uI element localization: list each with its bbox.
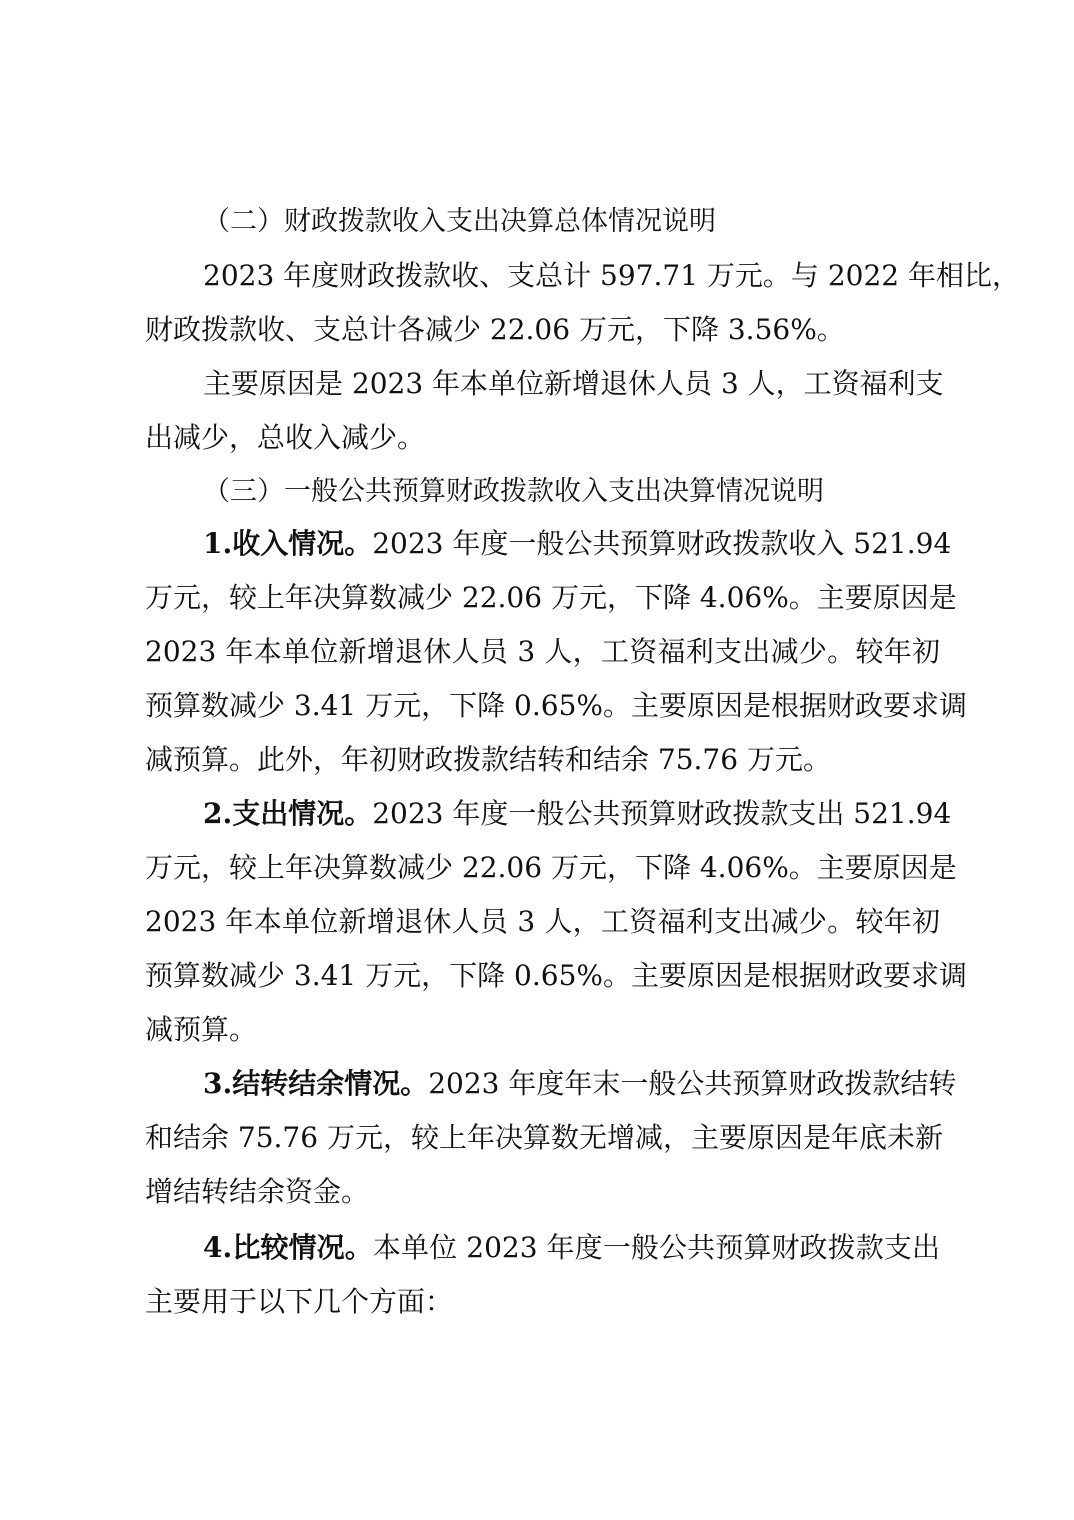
item-label: 3.结转结余情况。	[203, 1067, 428, 1100]
item-carryover-line: 3.结转结余情况。2023 年度年末一般公共预算财政拨款结转	[203, 1066, 940, 1102]
section-heading-2: （二）财政拨款收入支出决算总体情况说明	[203, 204, 716, 240]
paragraph-line: 主要用于以下几个方面：	[145, 1284, 453, 1320]
paragraph-line: 2023 年度财政拨款收、支总计 597.71 万元。与 2022 年相比，	[203, 258, 940, 294]
paragraph-line: 万元，较上年决算数减少 22.06 万元，下降 4.06%。主要原因是	[145, 580, 940, 616]
paragraph-line: 减预算。	[145, 1012, 257, 1048]
paragraph-line: 出减少，总收入减少。	[145, 420, 425, 456]
item-income-line: 1.收入情况。2023 年度一般公共预算财政拨款收入 521.94	[203, 526, 940, 562]
paragraph-line: 万元，较上年决算数减少 22.06 万元，下降 4.06%。主要原因是	[145, 850, 940, 886]
paragraph-line: 增结转结余资金。	[145, 1174, 369, 1210]
paragraph-line: 财政拨款收、支总计各减少 22.06 万元，下降 3.56%。	[145, 312, 845, 348]
paragraph-line: 2023 年本单位新增退休人员 3 人，工资福利支出减少。较年初	[145, 634, 940, 670]
paragraph-line: 主要原因是 2023 年本单位新增退休人员 3 人，工资福利支	[203, 366, 940, 402]
item-label: 2.支出情况。	[203, 797, 372, 830]
item-label: 1.收入情况。	[203, 527, 372, 560]
item-expense-line: 2.支出情况。2023 年度一般公共预算财政拨款支出 521.94	[203, 796, 940, 832]
item-label: 4.比较情况。	[203, 1231, 373, 1264]
paragraph-line: 预算数减少 3.41 万元，下降 0.65%。主要原因是根据财政要求调	[145, 688, 940, 724]
paragraph-line: 预算数减少 3.41 万元，下降 0.65%。主要原因是根据财政要求调	[145, 958, 940, 994]
paragraph-line: 2023 年本单位新增退休人员 3 人，工资福利支出减少。较年初	[145, 904, 940, 940]
section-heading-3: （三）一般公共预算财政拨款收入支出决算情况说明	[203, 474, 824, 510]
item-comparison-line: 4.比较情况。本单位 2023 年度一般公共预算财政拨款支出	[203, 1230, 940, 1266]
paragraph-line: 和结余 75.76 万元，较上年决算数无增减，主要原因是年底未新	[145, 1120, 940, 1156]
paragraph-line: 减预算。此外，年初财政拨款结转和结余 75.76 万元。	[145, 742, 831, 778]
